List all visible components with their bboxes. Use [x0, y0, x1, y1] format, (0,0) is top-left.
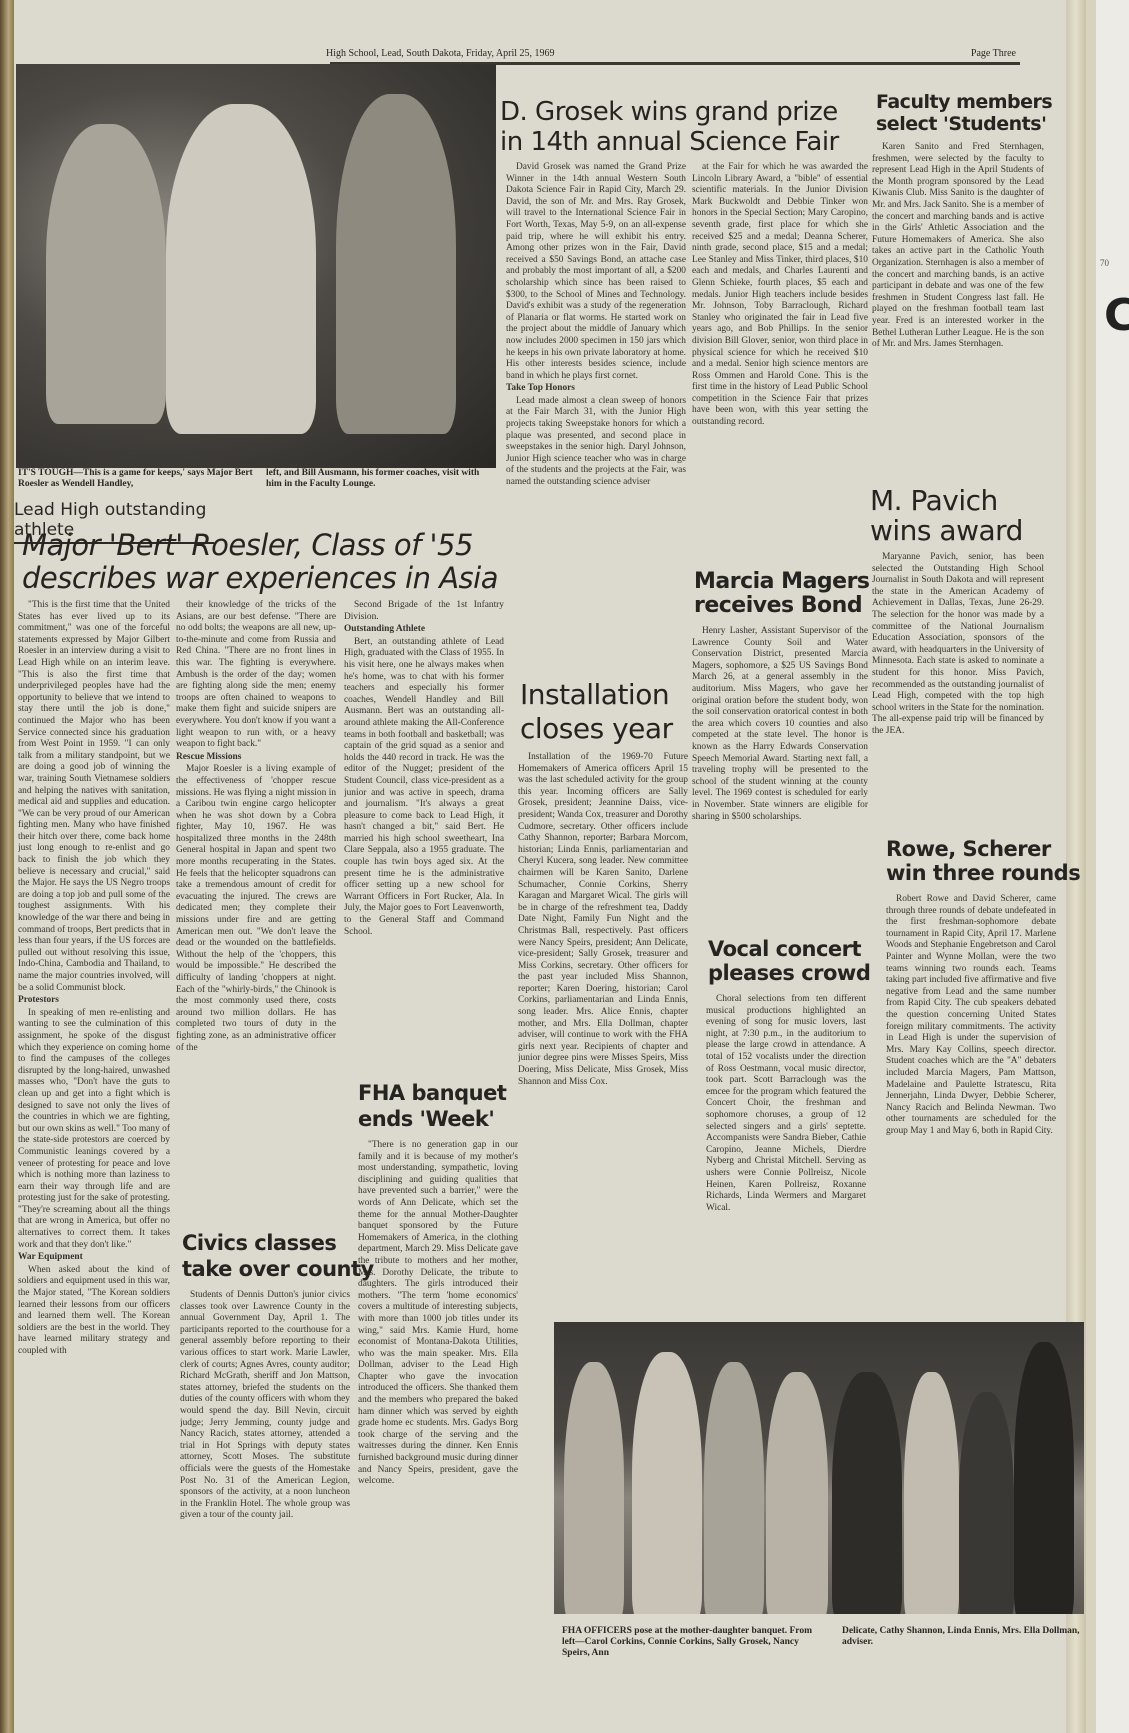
headline: Installation [520, 680, 669, 710]
article-text: Students of Dennis Dutton's junior civic… [180, 1290, 350, 1522]
person-figure [832, 1372, 902, 1614]
headline: in 14th annual Science Fair [500, 128, 839, 156]
article-text: their knowledge of the tricks of the Asi… [176, 600, 336, 751]
article-text: Henry Lasher, Assistant Supervisor of th… [692, 626, 868, 823]
article-column: "This is the first time that the United … [18, 600, 170, 1725]
headline: Marcia Magers [694, 570, 870, 594]
article-text: Choral selections from ten different mus… [706, 994, 866, 1214]
subheading: Take Top Honors [506, 383, 686, 395]
photo-caption: IT'S TOUGH—This is a game for keeps,' sa… [18, 468, 253, 490]
person-figure [1014, 1342, 1074, 1614]
photo-roesler-coaches [16, 64, 496, 468]
article-column: Students of Dennis Dutton's junior civic… [180, 1290, 350, 1720]
headline: M. Pavich [870, 486, 998, 516]
article-column: Karen Sanito and Fred Sternhagen, freshm… [872, 142, 1044, 464]
headline: Vocal concert [708, 938, 861, 961]
headline: receives Bond [694, 594, 862, 618]
article-text: Second Brigade of the 1st Infantry Divis… [344, 600, 504, 623]
article-text: When asked about the kind of soldiers an… [18, 1265, 170, 1358]
person-figure [336, 94, 456, 434]
book-binding [0, 0, 14, 1733]
person-figure [46, 124, 166, 424]
person-figure [166, 104, 316, 434]
adjacent-page-number: 70 [1100, 258, 1109, 268]
article-column: Choral selections from ten different mus… [706, 994, 866, 1314]
article-text: In speaking of men re-enlisting and want… [18, 1008, 170, 1251]
article-text: Major Roesler is a living example of the… [176, 764, 336, 1054]
subheading: Outstanding Athlete [344, 624, 504, 636]
article-text: David Grosek was named the Grand Prize W… [506, 162, 686, 382]
article-column: their knowledge of the tricks of the Asi… [176, 600, 336, 1225]
article-text: Karen Sanito and Fred Sternhagen, freshm… [872, 142, 1044, 351]
headline: describes war experiences in Asia [22, 563, 498, 594]
article-text: Maryanne Pavich, senior, has been select… [872, 552, 1044, 738]
article-column: Second Brigade of the 1st Infantry Divis… [344, 600, 504, 1050]
article-column: at the Fair for which he was awarded the… [692, 162, 868, 532]
person-figure [904, 1372, 959, 1614]
article-text: "There is no generation gap in our famil… [358, 1140, 518, 1488]
article-text: Lead made almost a clean sweep of honors… [506, 396, 686, 489]
headline: D. Grosek wins grand prize [500, 98, 838, 126]
photo-fha-officers [554, 1322, 1084, 1614]
headline: FHA banquet [358, 1082, 506, 1105]
article-text: Installation of the 1969-70 Future Homem… [518, 752, 688, 1088]
photo-caption: left, and Bill Ausmann, his former coach… [266, 468, 486, 490]
headline: Rowe, Scherer [886, 838, 1051, 861]
photo-caption: FHA OFFICERS pose at the mother-daughter… [562, 1626, 812, 1659]
article-text: "This is the first time that the United … [18, 600, 170, 994]
headline: Civics classes [182, 1232, 336, 1255]
article-column: Maryanne Pavich, senior, has been select… [872, 552, 1044, 820]
article-column: "There is no generation gap in our famil… [358, 1140, 518, 1720]
headline: take over county [182, 1258, 374, 1281]
masthead: High School, Lead, South Dakota, Friday,… [326, 48, 1016, 59]
article-column: Installation of the 1969-70 Future Homem… [518, 752, 688, 1312]
headline: closes year [520, 714, 673, 744]
subheading: Rescue Missions [176, 752, 336, 764]
headline: Faculty members [876, 92, 1052, 113]
page-edge [1086, 0, 1096, 1733]
article-column: Robert Rowe and David Scherer, came thro… [886, 894, 1056, 1308]
person-figure [959, 1392, 1014, 1614]
page-number: Page Three [971, 48, 1016, 59]
headline: Major 'Bert' Roesler, Class of '55 [22, 530, 473, 561]
person-figure [704, 1362, 764, 1614]
headline: win three rounds [886, 862, 1080, 885]
photo-caption: Delicate, Cathy Shannon, Linda Ennis, Mr… [842, 1626, 1082, 1648]
adjacent-page: 70 C [1096, 0, 1129, 1733]
headline: wins award [870, 516, 1023, 546]
headline: select 'Students' [876, 114, 1046, 135]
article-text: Bert, an outstanding athlete of Lead Hig… [344, 637, 504, 938]
person-figure [632, 1352, 702, 1614]
headline: ends 'Week' [358, 1108, 494, 1131]
subheading: Protestors [18, 995, 170, 1007]
person-figure [766, 1372, 828, 1614]
article-text: at the Fair for which he was awarded the… [692, 162, 868, 429]
person-figure [564, 1362, 624, 1614]
subheading: War Equipment [18, 1252, 170, 1264]
article-text: Robert Rowe and David Scherer, came thro… [886, 894, 1056, 1137]
article-column: David Grosek was named the Grand Prize W… [506, 162, 686, 602]
adjacent-page-headline-fragment: C [1104, 290, 1129, 341]
headline: pleases crowd [708, 962, 870, 985]
dateline: High School, Lead, South Dakota, Friday,… [326, 48, 555, 59]
article-column: Henry Lasher, Assistant Supervisor of th… [692, 626, 868, 926]
